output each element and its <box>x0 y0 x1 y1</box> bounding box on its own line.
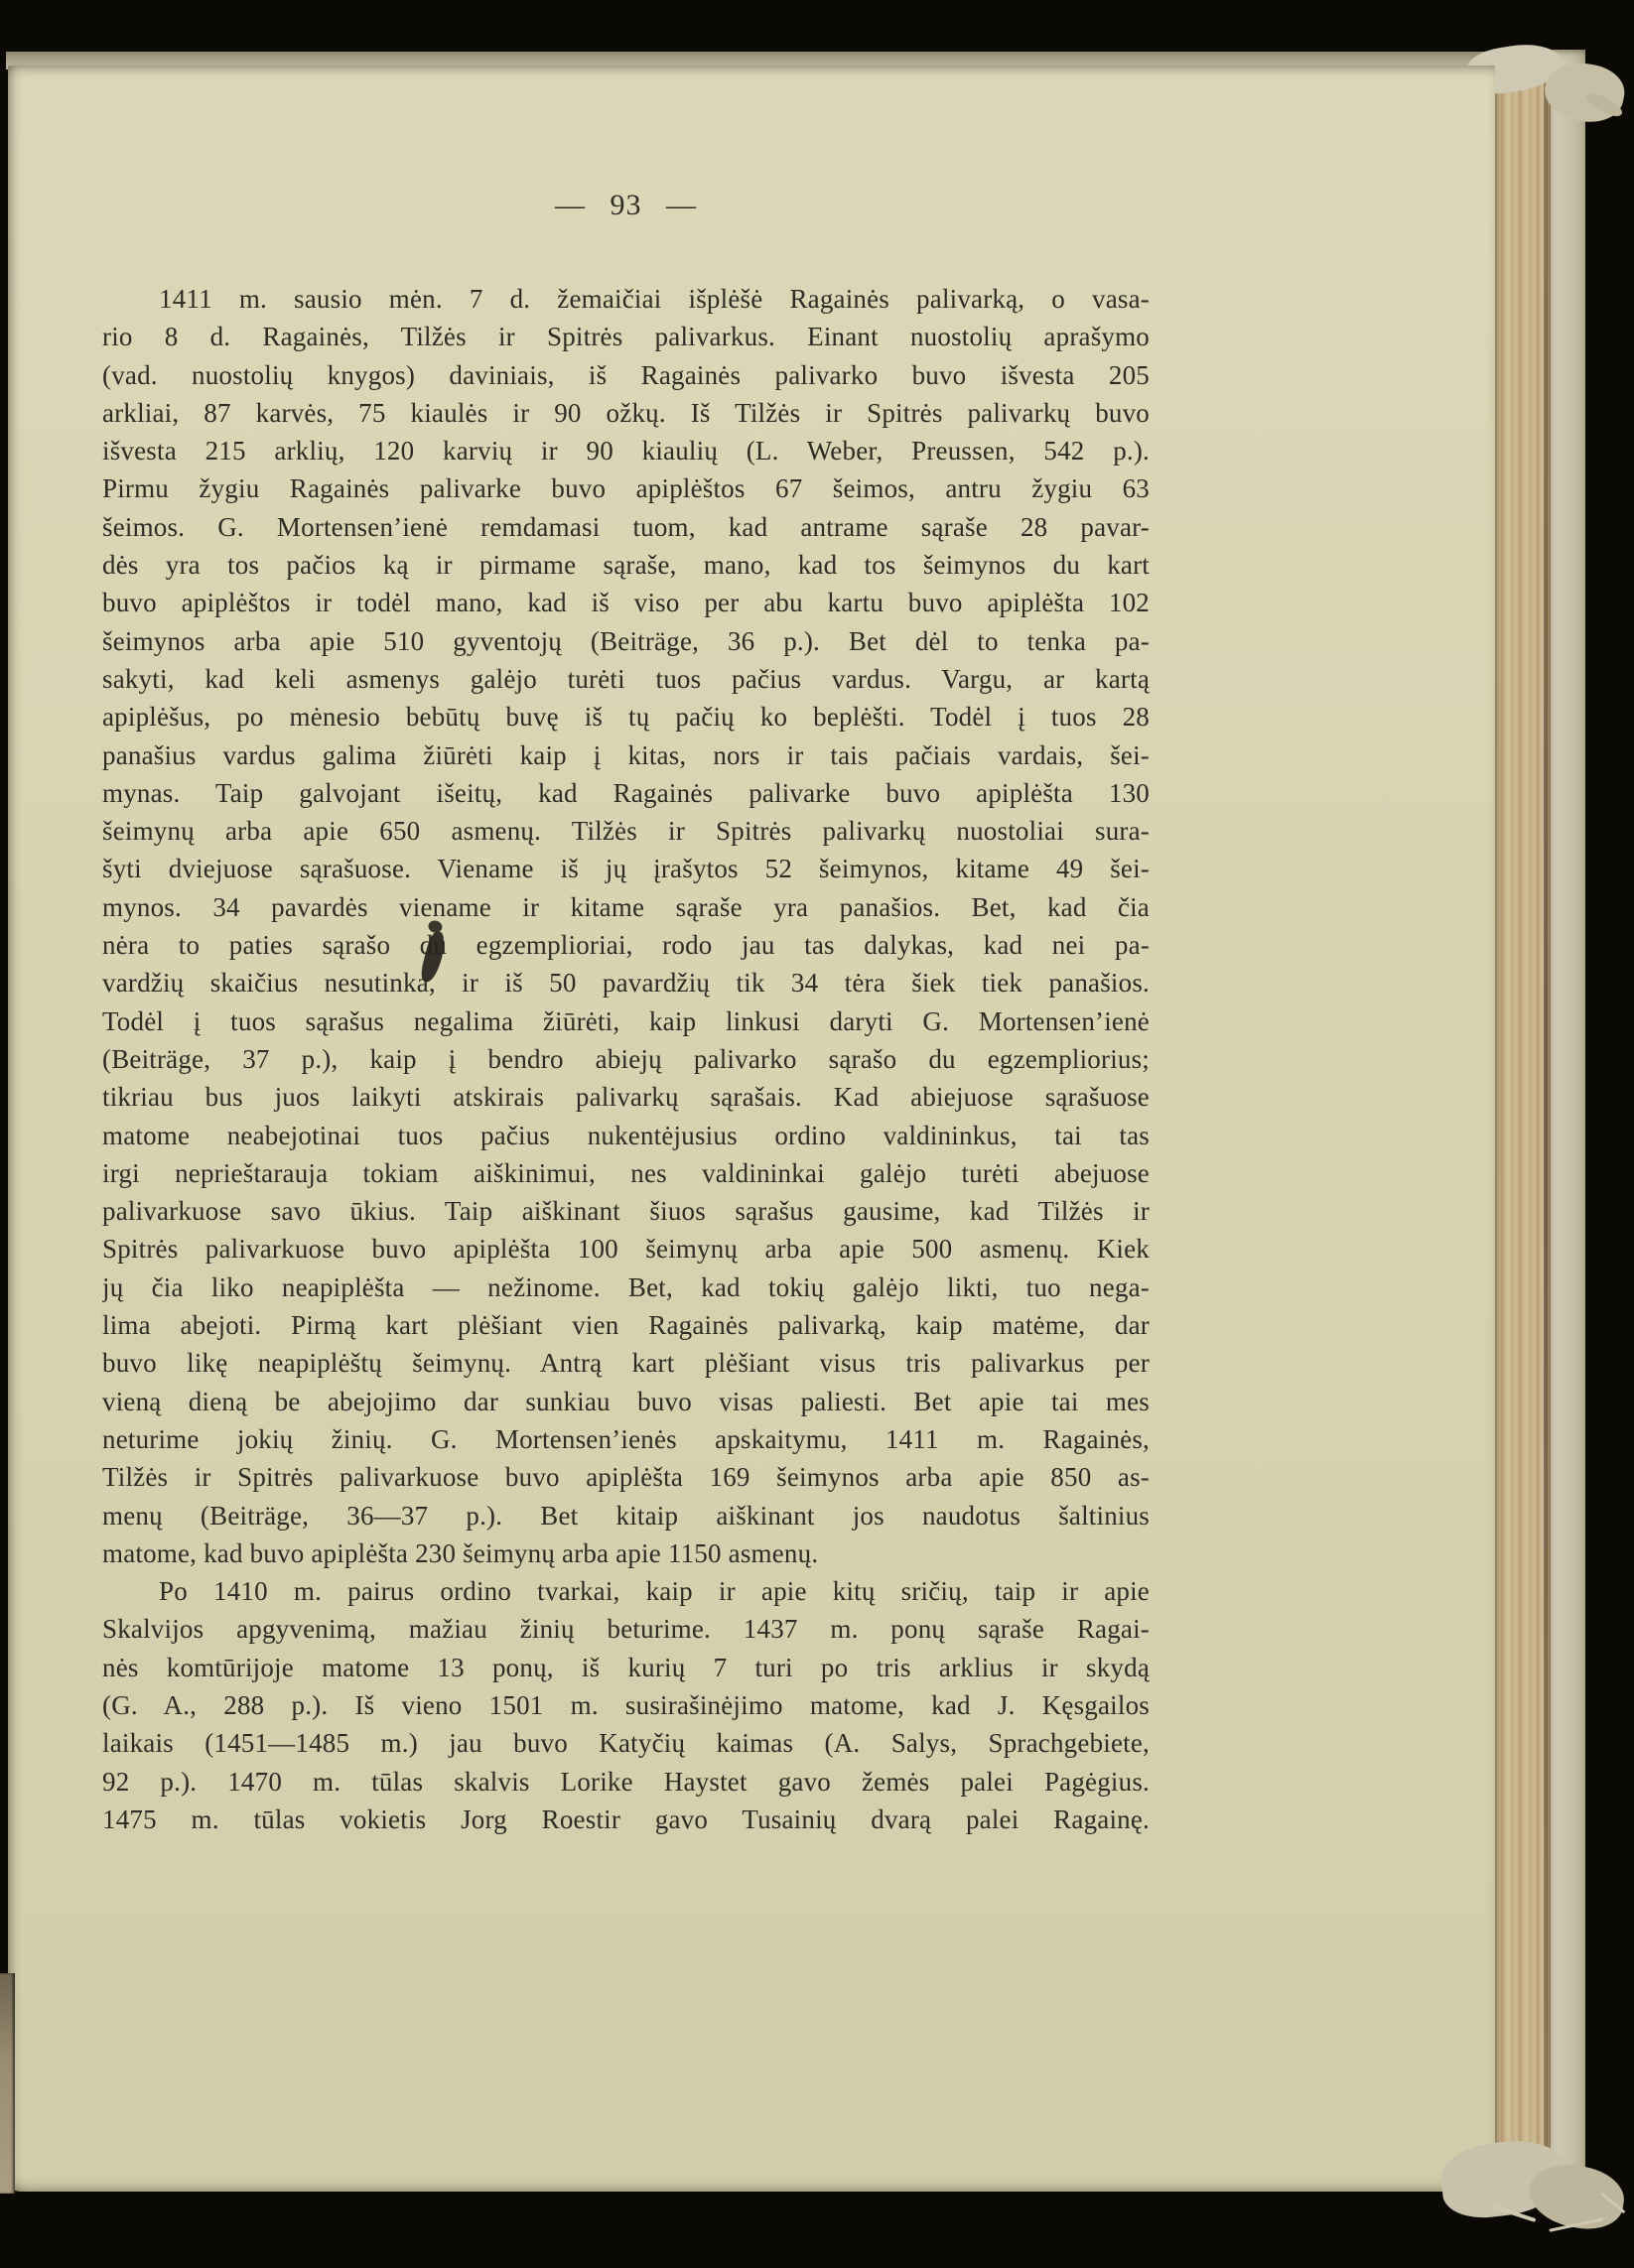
text-line: tikriau bus juos laikyti atskirais paliv… <box>102 1078 1150 1116</box>
text-line: šeimos. G. Mortensen’ienė remdamasi tuom… <box>102 508 1150 546</box>
paragraph: Po 1410 m. pairus ordino tvarkai, kaip i… <box>102 1572 1150 1838</box>
text-line: šeimynos arba apie 510 gyventojų (Beiträ… <box>102 622 1150 660</box>
fore-edge-crease <box>1544 60 1548 2194</box>
text-block: 1411 m. sausio mėn. 7 d. žemaičiai išplė… <box>102 280 1150 1838</box>
text-line: šeimynų arba apie 650 asmenų. Tilžės ir … <box>102 812 1150 850</box>
text-line: nės komtūrijoje matome 13 ponų, iš kurių… <box>102 1649 1150 1686</box>
text-line: vieną dieną be abejojimo dar sunkiau buv… <box>102 1383 1150 1420</box>
text-line: Spitrės palivarkuose buvo apiplėšta 100 … <box>102 1230 1150 1267</box>
text-line: 1411 m. sausio mėn. 7 d. žemaičiai išplė… <box>102 280 1150 318</box>
text-line: (G. A., 288 p.). Iš vieno 1501 m. susira… <box>102 1686 1150 1724</box>
text-line: lima abejoti. Pirmą kart plėšiant vien R… <box>102 1306 1150 1344</box>
text-line: sakyti, kad keli asmenys galėjo turėti t… <box>102 660 1150 698</box>
text-line: nėra to paties sąrašo du egzemplioriai, … <box>102 926 1150 964</box>
text-line: vardžių skaičius nesutinka, ir iš 50 pav… <box>102 964 1150 1001</box>
text-line: Todėl į tuos sąrašus negalima žiūrėti, k… <box>102 1002 1150 1040</box>
text-line: rio 8 d. Ragainės, Tilžės ir Spitrės pal… <box>102 318 1150 355</box>
text-line: (Beiträge, 37 p.), kaip į bendro abiejų … <box>102 1040 1150 1078</box>
text-line: apiplėšus, po mėnesio bebūtų buvę iš tų … <box>102 698 1150 735</box>
text-line: išvesta 215 arklių, 120 karvių ir 90 kia… <box>102 432 1150 469</box>
text-line: Tilžės ir Spitrės palivarkuose buvo apip… <box>102 1458 1150 1496</box>
text-line: jų čia liko neapiplėšta — nežinome. Bet,… <box>102 1268 1150 1306</box>
text-line: matome neabejotinai tuos pačius nukentėj… <box>102 1117 1150 1154</box>
left-edge-strip <box>0 1973 15 2194</box>
text-line: Pirmu žygiu Ragainės palivarke buvo apip… <box>102 469 1150 507</box>
text-line: irgi neprieštarauja tokiam aiškinimui, n… <box>102 1154 1150 1192</box>
book-fore-edge <box>1495 58 1551 2198</box>
scan-background: — 93 — 1411 m. sausio mėn. 7 d. žemaičia… <box>0 0 1634 2268</box>
text-line: neturime jokių žinių. G. Mortensen’ienės… <box>102 1420 1150 1458</box>
paragraph: 1411 m. sausio mėn. 7 d. žemaičiai išplė… <box>102 280 1150 1572</box>
text-line: 1475 m. tūlas vokietis Jorg Roestir gavo… <box>102 1801 1150 1838</box>
text-line: dės yra tos pačios ką ir pirmame sąraše,… <box>102 546 1150 584</box>
text-line: mynos. 34 pavardės viename ir kitame sąr… <box>102 888 1150 926</box>
text-line: 92 p.). 1470 m. tūlas skalvis Lorike Hay… <box>102 1763 1150 1801</box>
text-line: laikais (1451—1485 m.) jau buvo Katyčių … <box>102 1724 1150 1762</box>
text-line: Skalvijos apgyvenimą, mažiau žinių betur… <box>102 1610 1150 1648</box>
book-cover-edge <box>1551 50 1585 2180</box>
text-line: palivarkuose savo ūkius. Taip aiškinant … <box>102 1192 1150 1230</box>
text-line: mynas. Taip galvojant išeitų, kad Ragain… <box>102 774 1150 812</box>
text-line: buvo likę neapiplėštų šeimynų. Antrą kar… <box>102 1344 1150 1382</box>
text-line: buvo apiplėštos ir todėl mano, kad iš vi… <box>102 584 1150 621</box>
page: — 93 — 1411 m. sausio mėn. 7 d. žemaičia… <box>8 66 1495 2192</box>
text-line: panašius vardus galima žiūrėti kaip į ki… <box>102 736 1150 774</box>
text-line: matome, kad buvo apiplėšta 230 šeimynų a… <box>102 1534 1150 1572</box>
text-line: šyti dviejuose sąrašuose. Viename iš jų … <box>102 850 1150 887</box>
text-line: Po 1410 m. pairus ordino tvarkai, kaip i… <box>102 1572 1150 1610</box>
text-line: (vad. nuostolių knygos) daviniais, iš Ra… <box>102 356 1150 394</box>
page-number: — 93 — <box>102 189 1150 222</box>
text-line: arkliai, 87 karvės, 75 kiaulės ir 90 ožk… <box>102 394 1150 432</box>
text-line: menų (Beiträge, 36—37 p.). Bet kitaip ai… <box>102 1497 1150 1534</box>
